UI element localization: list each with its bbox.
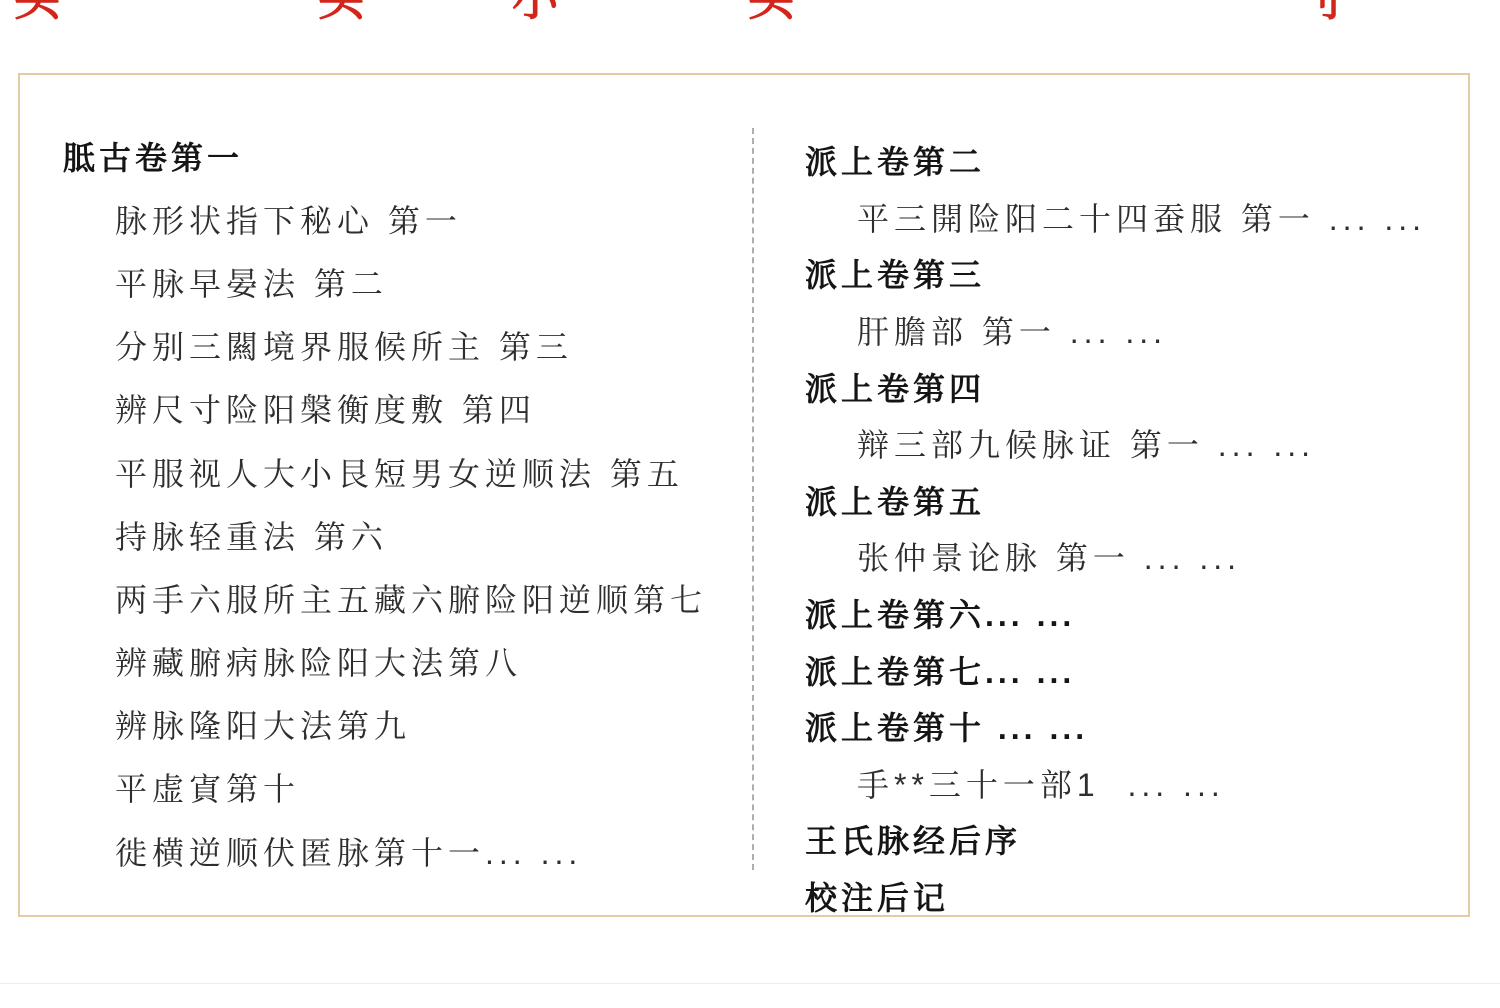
toc-chapter-entry: 平虚寊第十 [63,756,707,819]
top-red-fragments-strip: 头头小头刂 [0,0,1500,26]
toc-chapter-entry: 辩三部九候脉证 第一 ... ... [805,415,1426,472]
red-text-fragment: 小 [512,0,558,22]
toc-chapter-entry: 辨藏腑病脉险阳大法第八 [63,630,707,693]
toc-volume-heading: 派上卷第三 [805,245,1426,302]
red-text-fragment: 刂 [1296,0,1342,22]
toc-chapter-entry: 两手六服所主五藏六腑险阳逆顺第七 [63,566,707,629]
toc-chapter-entry: 肝膽部 第一 ... ... [805,302,1426,359]
toc-chapter-entry: 徙横逆顺伏匿脉第十一... ... [63,819,707,882]
toc-right-column: 派上卷第二平三開险阳二十四蚕服 第一 ... ...派上卷第三肝膽部 第一 ..… [805,132,1426,924]
page-separator-line [0,983,1500,984]
toc-chapter-entry: 平脉早晏法 第二 [63,250,707,313]
red-text-fragment: 头 [318,0,364,22]
toc-chapter-entry: 脉形状指下秘心 第一 [63,187,707,250]
toc-volume-heading: 派上卷第六... ... [805,585,1426,642]
toc-volume-heading: 派上卷第十 ... ... [805,698,1426,755]
toc-volume-heading: 派上卷第七... ... [805,641,1426,698]
toc-chapter-entry: 持脉轻重法 第六 [63,503,707,566]
toc-chapter-entry: 平三開险阳二十四蚕服 第一 ... ... [805,189,1426,246]
toc-chapter-entry: 辨脉隆阳大法第九 [63,693,707,756]
toc-volume-heading: 派上卷第二 [805,132,1426,189]
toc-volume-heading: 校注后记 [805,868,1426,925]
toc-left-column: 胝古卷第一脉形状指下秘心 第一平脉早晏法 第二分别三闗境界服候所主 第三辨尺寸险… [63,124,707,882]
toc-volume-heading: 王氏脉经后序 [805,811,1426,868]
toc-chapter-entry: 平服视人大小艮短男女逆顺法 第五 [63,440,707,503]
toc-chapter-entry: 分别三闗境界服候所主 第三 [63,314,707,377]
toc-volume-heading: 派上卷第五 [805,472,1426,529]
toc-chapter-entry: 辨尺寸险阳槃衡度敷 第四 [63,377,707,440]
toc-volume-heading: 胝古卷第一 [63,124,707,187]
red-text-fragment: 头 [748,0,794,22]
column-divider-dashed [752,128,754,870]
toc-chapter-entry: 张仲景论脉 第一 ... ... [805,528,1426,585]
red-text-fragment: 头 [14,0,60,22]
toc-chapter-entry: 手**三十一部1 ... ... [805,755,1426,812]
toc-volume-heading: 派上卷第四 [805,358,1426,415]
